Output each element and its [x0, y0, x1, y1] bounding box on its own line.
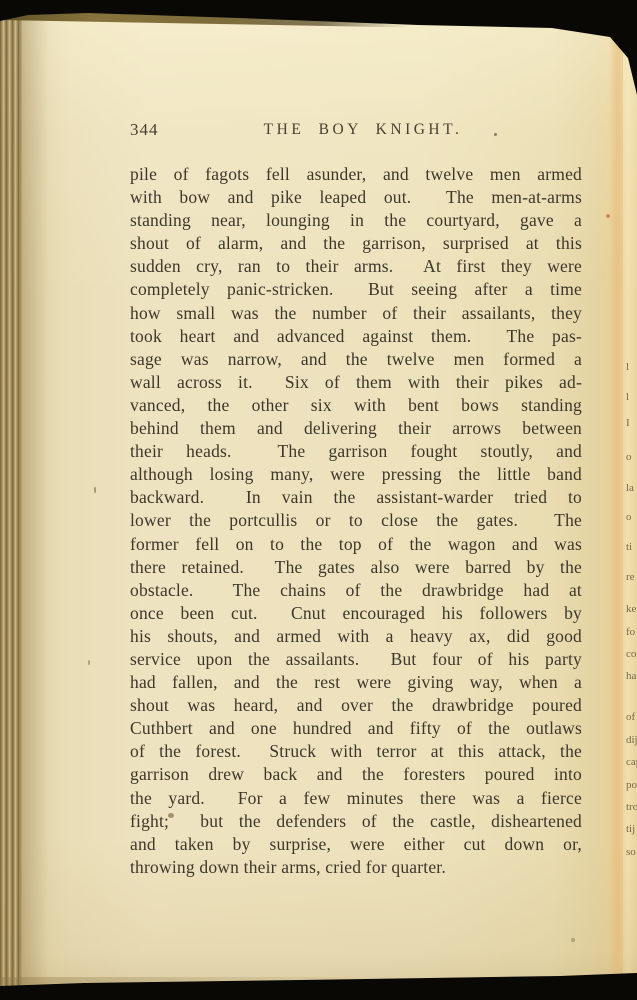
text-line: with bow and pike leaped out. The men-at… [130, 186, 582, 209]
text-line: shout of alarm, and the garrison, surpri… [130, 232, 582, 255]
text-line: standing near, lounging in the courtyard… [130, 209, 582, 232]
text-line: former fell on to the top of the wagon a… [130, 533, 582, 556]
text-line: and taken by surprise, were either cut d… [130, 833, 582, 856]
text-line: took heart and advanced against them. Th… [130, 325, 582, 348]
text-line: shout was heard, and over the drawbridge… [130, 694, 582, 717]
paragraph: pile of fagots fell asunder, and twelve … [130, 163, 582, 879]
text-line: although losing many, were pressing the … [130, 463, 582, 486]
text-line: lower the portcullis or to close the gat… [130, 509, 582, 532]
text-block: 344 THE BOY KNIGHT. pile of fagots fell … [130, 120, 582, 879]
binding-gutter-shadow [20, 12, 72, 986]
ink-speck [571, 938, 575, 942]
text-line: how small was the number of their assail… [130, 302, 582, 325]
text-line: backward. In vain the assistant-warder t… [130, 486, 582, 509]
running-title: THE BOY KNIGHT. [130, 121, 582, 139]
scanned-book-page: 344 THE BOY KNIGHT. pile of fagots fell … [0, 0, 637, 1000]
text-line: Cuthbert and one hundred and fifty of th… [130, 717, 582, 740]
text-line: had fallen, and the rest were giving way… [130, 671, 582, 694]
text-line: garrison drew back and the foresters pou… [130, 763, 582, 786]
ink-speck [606, 214, 610, 218]
ink-speck [88, 660, 90, 665]
ink-speck [168, 813, 174, 818]
text-line: their heads. The garrison fought stoutly… [130, 440, 582, 463]
text-line: fight; but the defenders of the castle, … [130, 810, 582, 833]
text-line: of the forest. Struck with terror at thi… [130, 740, 582, 763]
text-line: once been cut. Cnut encouraged his follo… [130, 602, 582, 625]
binding-gutter [0, 12, 22, 986]
text-line: behind them and delivering their arrows … [130, 417, 582, 440]
text-line: vanced, the other six with bent bows sta… [130, 394, 582, 417]
text-line: pile of fagots fell asunder, and twelve … [130, 163, 582, 186]
page-header: 344 THE BOY KNIGHT. [130, 120, 582, 142]
text-line: obstacle. The chains of the drawbridge h… [130, 579, 582, 602]
text-line: the yard. For a few minutes there was a … [130, 787, 582, 810]
text-line: there retained. The gates also were barr… [130, 556, 582, 579]
text-line: sage was narrow, and the twelve men form… [130, 348, 582, 371]
text-line: completely panic-stricken. But seeing af… [130, 278, 582, 301]
text-line: sudden cry, ran to their arms. At first … [130, 255, 582, 278]
adjacent-page-seam [609, 28, 623, 978]
ink-speck [94, 487, 96, 493]
text-line: his shouts, and armed with a heavy ax, d… [130, 625, 582, 648]
text-line: throwing down their arms, cried for quar… [130, 856, 582, 879]
ink-speck [494, 133, 497, 136]
text-line: wall across it. Six of them with their p… [130, 371, 582, 394]
text-line: service upon the assailants. But four of… [130, 648, 582, 671]
